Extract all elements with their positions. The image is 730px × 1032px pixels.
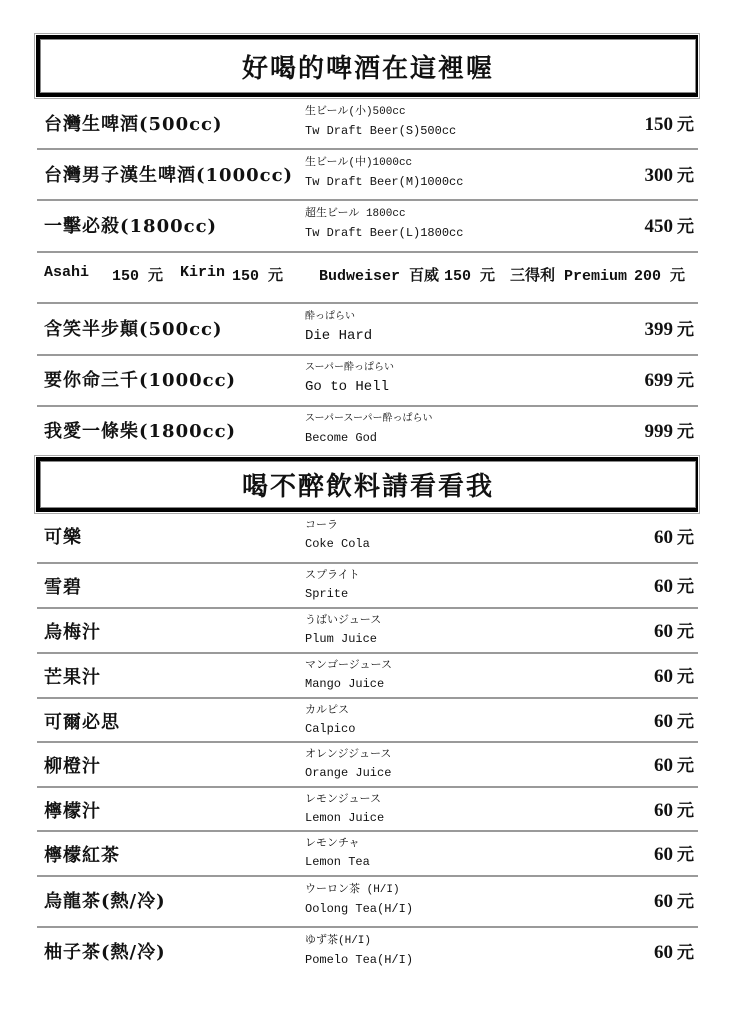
item-japanese: うばいジュース	[305, 611, 381, 627]
item-price: 450元	[645, 212, 695, 238]
beer-section-title: 好喝的啤酒在這裡喔	[242, 48, 494, 85]
item-japanese: レモンチャ	[305, 834, 360, 850]
menu-item-pomelo-tea: 柚子茶(熱/冷) ゆず茶(H/I) Pomelo Tea(H/I) 60元	[44, 927, 694, 977]
item-japanese: 生ビール(小)500cc	[305, 102, 406, 118]
item-english: Go to Hell	[305, 379, 389, 395]
item-english: Become God	[305, 431, 377, 445]
item-price: 60元	[654, 796, 694, 822]
item-price: 60元	[654, 751, 694, 777]
item-japanese: ウーロン茶 (H/I)	[305, 880, 400, 896]
item-english: Tw Draft Beer(S)500cc	[305, 124, 456, 138]
item-english: Die Hard	[305, 328, 372, 344]
brand-suntory-label: 三得利 Premium	[510, 264, 627, 285]
item-english: Coke Cola	[305, 537, 370, 551]
item-price: 150元	[645, 110, 695, 136]
item-japanese: スーパー酔っぱらい	[305, 358, 394, 374]
item-price: 60元	[654, 523, 694, 549]
item-price: 399元	[645, 315, 695, 341]
item-name: 要你命三千(1000cc)	[44, 366, 236, 392]
item-english: Pomelo Tea(H/I)	[305, 953, 413, 967]
menu-item-lemon-juice: 檸檬汁 レモンジュース Lemon Juice 60元	[44, 787, 694, 830]
item-japanese: コーラ	[305, 516, 338, 532]
drinks-section-header: 喝不醉飲料請看看我	[36, 457, 698, 512]
drinks-section-title: 喝不醉飲料請看看我	[242, 466, 494, 503]
brand-budweiser-label: Budweiser 百威	[319, 264, 439, 285]
item-name: 烏梅汁	[44, 618, 101, 644]
brand-suntory-price: 200 元	[634, 264, 685, 285]
menu-item-beer-large: 一擊必殺(1800cc) 超生ビール 1800cc Tw Draft Beer(…	[44, 200, 694, 251]
menu-item-go-to-hell: 要你命三千(1000cc) スーパー酔っぱらい Go to Hell 699元	[44, 355, 694, 405]
menu-item-orange-juice: 柳橙汁 オレンジジュース Orange Juice 60元	[44, 742, 694, 786]
item-japanese: ゆず茶(H/I)	[305, 931, 371, 947]
item-name: 檸檬紅茶	[44, 841, 120, 867]
menu-item-oolong-tea: 烏龍茶(熱/冷) ウーロン茶 (H/I) Oolong Tea(H/I) 60元	[44, 876, 694, 926]
item-name: 雪碧	[44, 573, 82, 599]
item-english: Calpico	[305, 722, 355, 736]
item-japanese: マンゴージュース	[305, 656, 392, 672]
item-japanese: 生ビール(中)1000cc	[305, 153, 412, 169]
item-english: Tw Draft Beer(L)1800cc	[305, 226, 463, 240]
brand-budweiser-price: 150 元	[444, 264, 495, 285]
item-english: Plum Juice	[305, 632, 377, 646]
menu-item-beer-small: 台灣生啤酒(500cc) 生ビール(小)500cc Tw Draft Beer(…	[44, 97, 694, 148]
brand-kirin-label: Kirin	[180, 264, 225, 281]
item-price: 60元	[654, 572, 694, 598]
menu-item-die-hard: 含笑半步顛(500cc) 酔っぱらい Die Hard 399元	[44, 303, 694, 354]
item-japanese: 酔っぱらい	[305, 307, 355, 323]
menu-item-beer-medium: 台灣男子漢生啤酒(1000cc) 生ビール(中)1000cc Tw Draft …	[44, 149, 694, 199]
item-japanese: オレンジジュース	[305, 745, 391, 761]
item-name: 檸檬汁	[44, 797, 101, 823]
row-divider	[37, 251, 698, 253]
item-name: 柚子茶(熱/冷)	[44, 938, 166, 964]
menu-item-mango-juice: 芒果汁 マンゴージュース Mango Juice 60元	[44, 653, 694, 697]
beer-section-header: 好喝的啤酒在這裡喔	[36, 35, 698, 97]
menu-item-lemon-tea: 檸檬紅茶 レモンチャ Lemon Tea 60元	[44, 831, 694, 875]
item-english: Orange Juice	[305, 766, 391, 780]
menu-item-become-god: 我愛一條柴(1800cc) スーパースーパー酔っぱらい Become God 9…	[44, 406, 694, 454]
item-price: 60元	[654, 840, 694, 866]
item-english: Sprite	[305, 587, 348, 601]
item-japanese: レモンジュース	[305, 790, 381, 806]
menu-item-sprite: 雪碧 スプライト Sprite 60元	[44, 563, 694, 607]
item-name: 芒果汁	[44, 663, 101, 689]
item-price: 60元	[654, 707, 694, 733]
item-price: 300元	[645, 161, 695, 187]
item-english: Lemon Tea	[305, 855, 370, 869]
item-name: 烏龍茶(熱/冷)	[44, 887, 166, 913]
item-price: 999元	[645, 417, 695, 443]
item-price: 60元	[654, 617, 694, 643]
item-japanese: スプライト	[305, 566, 360, 582]
item-name: 含笑半步顛(500cc)	[44, 315, 223, 341]
brand-asahi-price: 150 元	[112, 264, 163, 285]
item-english: Lemon Juice	[305, 811, 384, 825]
item-japanese: スーパースーパー酔っぱらい	[305, 409, 433, 425]
item-price: 60元	[654, 887, 694, 913]
menu-item-plum-juice: 烏梅汁 うばいジュース Plum Juice 60元	[44, 608, 694, 652]
item-name: 可爾必思	[44, 708, 120, 734]
item-name: 台灣生啤酒(500cc)	[44, 110, 223, 136]
brand-asahi-label: Asahi	[44, 264, 89, 281]
item-english: Tw Draft Beer(M)1000cc	[305, 175, 463, 189]
item-name: 柳橙汁	[44, 752, 101, 778]
menu-item-calpico: 可爾必思 カルピス Calpico 60元	[44, 698, 694, 741]
item-price: 699元	[645, 366, 695, 392]
item-name: 我愛一條柴(1800cc)	[44, 417, 236, 443]
item-japanese: 超生ビール 1800cc	[305, 204, 406, 220]
menu-item-coke: 可樂 コーラ Coke Cola 60元	[44, 512, 694, 562]
brand-kirin-price: 150 元	[232, 264, 283, 285]
item-name: 可樂	[44, 523, 82, 549]
item-price: 60元	[654, 938, 694, 964]
item-name: 一擊必殺(1800cc)	[44, 212, 217, 238]
item-name: 台灣男子漢生啤酒(1000cc)	[44, 161, 293, 187]
item-english: Oolong Tea(H/I)	[305, 902, 413, 916]
item-price: 60元	[654, 662, 694, 688]
item-japanese: カルピス	[305, 701, 349, 717]
item-english: Mango Juice	[305, 677, 384, 691]
